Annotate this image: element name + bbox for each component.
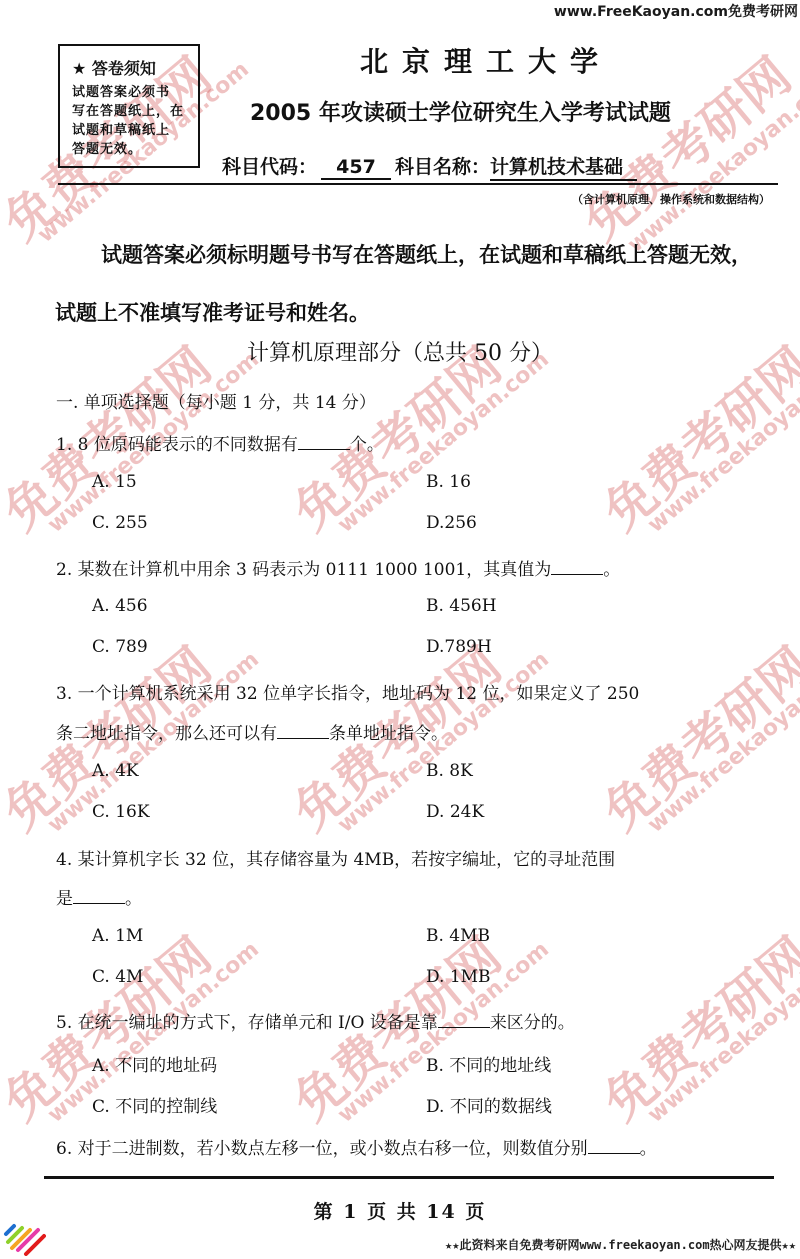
answer-blank [438, 1013, 490, 1028]
option-c: C. 16K [92, 802, 150, 822]
question-text: 是 [56, 889, 73, 909]
option-d: D. 24K [426, 802, 484, 822]
option-d: D.789H [426, 637, 492, 657]
watermark-url: www.freekaoyan.com [643, 937, 800, 1128]
option-c: C. 789 [92, 637, 148, 657]
option-a: A. 1M [92, 926, 143, 946]
option-a: A. 4K [92, 761, 139, 781]
question-text: 来区分的。 [490, 1013, 575, 1033]
subject-row: 科目代码： 457 科目名称： 计算机技术基础 [222, 152, 637, 181]
answer-blank [277, 724, 329, 739]
watermark-text: 免费考研网 [586, 628, 800, 844]
question-text: 6. 对于二进制数，若小数点左移一位，或小数点右移一位，则数值分别 [56, 1139, 588, 1159]
option-b: B. 8K [426, 761, 473, 781]
option-d: D.256 [426, 513, 477, 533]
option-b: B. 16 [426, 472, 471, 492]
footer-credit[interactable]: ★★此资料来自免费考研网www.freekaoyan.com热心网友提供★★ [445, 1236, 796, 1253]
section-title: 计算机原理部分（总共 50 分） [0, 336, 800, 367]
question-text: 5. 在统一编址的方式下，存储单元和 I/O 设备是靠 [56, 1013, 438, 1033]
question-text: 条单地址指令。 [329, 724, 448, 744]
question-4-line-1: 4. 某计算机字长 32 位，其存储容量为 4MB，若按字编址，它的寻址范围 [56, 845, 615, 870]
watermark-url: www.freekaoyan.com [643, 347, 800, 538]
option-d: D. 不同的数据线 [426, 1092, 552, 1117]
answer-blank [588, 1139, 640, 1154]
notice-box: ★ 答卷须知 试题答案必须书 写在答题纸上，在 试题和草稿纸上 答题无效。 [58, 44, 200, 168]
notice-line: 答题无效。 [72, 140, 198, 159]
question-5: 5. 在统一编址的方式下，存储单元和 I/O 设备是靠来区分的。 [56, 1008, 575, 1033]
question-text: 1. 8 位原码能表示的不同数据有 [56, 435, 298, 455]
option-a: A. 456 [92, 596, 148, 616]
instruction-text: 试题答案必须标明题号书写在答题纸上，在试题和草稿纸上答题无效，试题上不准填写准考… [55, 226, 755, 342]
subject-code: 457 [321, 156, 391, 180]
question-text: 个。 [350, 435, 384, 455]
site-logo-icon [2, 1222, 46, 1256]
subject-name-label: 科目名称： [395, 152, 490, 179]
subject-code-label: 科目代码： [222, 152, 317, 179]
option-b: B. 不同的地址线 [426, 1051, 551, 1076]
notice-line: 试题和草稿纸上 [72, 121, 198, 140]
option-b: B. 4MB [426, 926, 490, 946]
footer-divider [44, 1176, 774, 1179]
question-2: 2. 某数在计算机中用余 3 码表示为 0111 1000 1001，其真值为。 [56, 555, 620, 580]
option-c: C. 不同的控制线 [92, 1092, 217, 1117]
option-a: A. 不同的地址码 [92, 1051, 217, 1076]
answer-blank [73, 889, 125, 904]
subject-note: （含计算机原理、操作系统和数据结构） [572, 191, 770, 207]
notice-line: 写在答题纸上，在 [72, 102, 198, 121]
watermark-url: www.freekaoyan.com [643, 647, 800, 838]
site-header[interactable]: www.FreeKaoyan.com免费考研网 [554, 1, 798, 21]
question-3-line-2: 条二地址指令，那么还可以有条单地址指令。 [56, 719, 448, 744]
question-text: 条二地址指令，那么还可以有 [56, 724, 277, 744]
question-6: 6. 对于二进制数，若小数点左移一位，或小数点右移一位，则数值分别。 [56, 1134, 657, 1159]
notice-title: ★ 答卷须知 [72, 56, 198, 79]
exam-title: 2005 年攻读硕士学位研究生入学考试试题 [250, 96, 671, 127]
option-c: C. 4M [92, 967, 143, 987]
option-c: C. 255 [92, 513, 148, 533]
question-4-line-2: 是。 [56, 884, 142, 909]
notice-line: 试题答案必须书 [72, 83, 198, 102]
page-number: 第 1 页 共 14 页 [0, 1197, 800, 1224]
question-3-line-1: 3. 一个计算机系统采用 32 位单字长指令，地址码为 12 位，如果定义了 2… [56, 679, 639, 704]
university-name: 北京理工大学 [360, 40, 612, 80]
header-divider [58, 183, 778, 185]
question-text: 2. 某数在计算机中用余 3 码表示为 0111 1000 1001，其真值为 [56, 560, 551, 580]
subject-name: 计算机技术基础 [490, 152, 637, 181]
watermark-text: 免费考研网 [586, 918, 800, 1134]
part-title: 一. 单项选择题（每小题 1 分，共 14 分） [56, 388, 376, 413]
answer-blank [551, 560, 603, 575]
option-a: A. 15 [92, 472, 137, 492]
question-text: 。 [603, 560, 620, 580]
question-text: 。 [125, 889, 142, 909]
question-1: 1. 8 位原码能表示的不同数据有个。 [56, 430, 384, 455]
option-b: B. 456H [426, 596, 497, 616]
option-d: D. 1MB [426, 967, 491, 987]
question-text: 。 [640, 1139, 657, 1159]
answer-blank [298, 435, 350, 450]
